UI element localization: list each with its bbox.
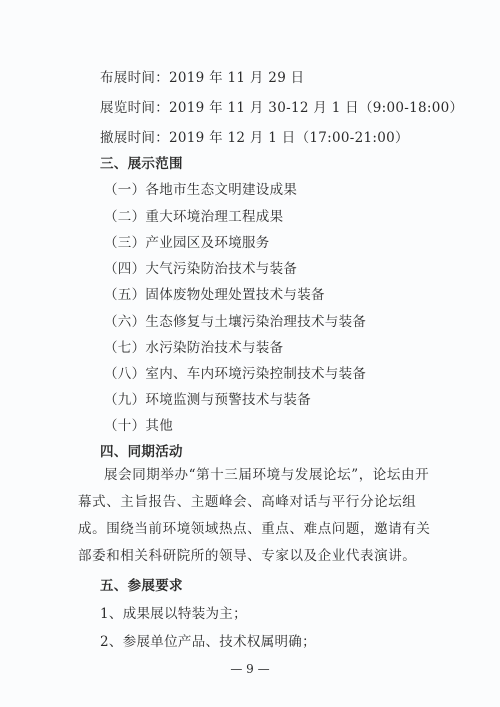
teardown-time-label: 撤展时间：: [100, 130, 169, 146]
concurrent-events-paragraph: 展会同期举办“第十三届环境与发展论坛”，论坛由开幕式、主旨报告、主题峰会、高峰对…: [78, 462, 438, 570]
section-heading-exhibitor-requirements: 五、参展要求: [100, 574, 183, 594]
scope-item: （八）室内、车内环境污染控制技术与装备: [104, 362, 366, 382]
scope-item: （九）环境监测与预警技术与装备: [104, 388, 311, 408]
teardown-time-value: 2019 年 12 月 1 日（17:00-21:00）: [169, 130, 409, 146]
requirement-item: 2、参展单位产品、技术权属明确；: [100, 630, 316, 650]
page-number: — 9 —: [0, 662, 500, 676]
setup-time: 布展时间：2019 年 11 月 29 日: [100, 66, 304, 86]
scope-item: （五）固体废物处理处置技术与装备: [104, 283, 325, 303]
scope-item: （七）水污染防治技术与装备: [104, 336, 283, 356]
scope-item: （二）重大环境治理工程成果: [104, 205, 283, 225]
section-heading-concurrent-events: 四、同期活动: [100, 440, 183, 460]
exhibition-time: 展览时间：2019 年 11 月 30-12 月 1 日（9:00-18:00）: [100, 96, 463, 116]
setup-time-label: 布展时间：: [100, 70, 169, 86]
document-page: 布展时间：2019 年 11 月 29 日 展览时间：2019 年 11 月 3…: [0, 0, 500, 707]
section-heading-exhibit-scope: 三、展示范围: [100, 152, 183, 172]
teardown-time: 撤展时间：2019 年 12 月 1 日（17:00-21:00）: [100, 126, 409, 146]
requirement-item: 1、成果展以特装为主；: [100, 602, 247, 622]
scope-item: （三）产业园区及环境服务: [104, 231, 270, 251]
scope-item: （十）其他: [104, 414, 173, 434]
scope-item: （四）大气污染防治技术与装备: [104, 257, 297, 277]
setup-time-value: 2019 年 11 月 29 日: [169, 70, 304, 86]
exhibition-time-value: 2019 年 11 月 30-12 月 1 日（9:00-18:00）: [169, 100, 463, 116]
exhibition-time-label: 展览时间：: [100, 100, 169, 116]
scope-item: （一）各地市生态文明建设成果: [104, 178, 297, 198]
scope-item: （六）生态修复与土壤污染治理技术与装备: [104, 310, 366, 330]
